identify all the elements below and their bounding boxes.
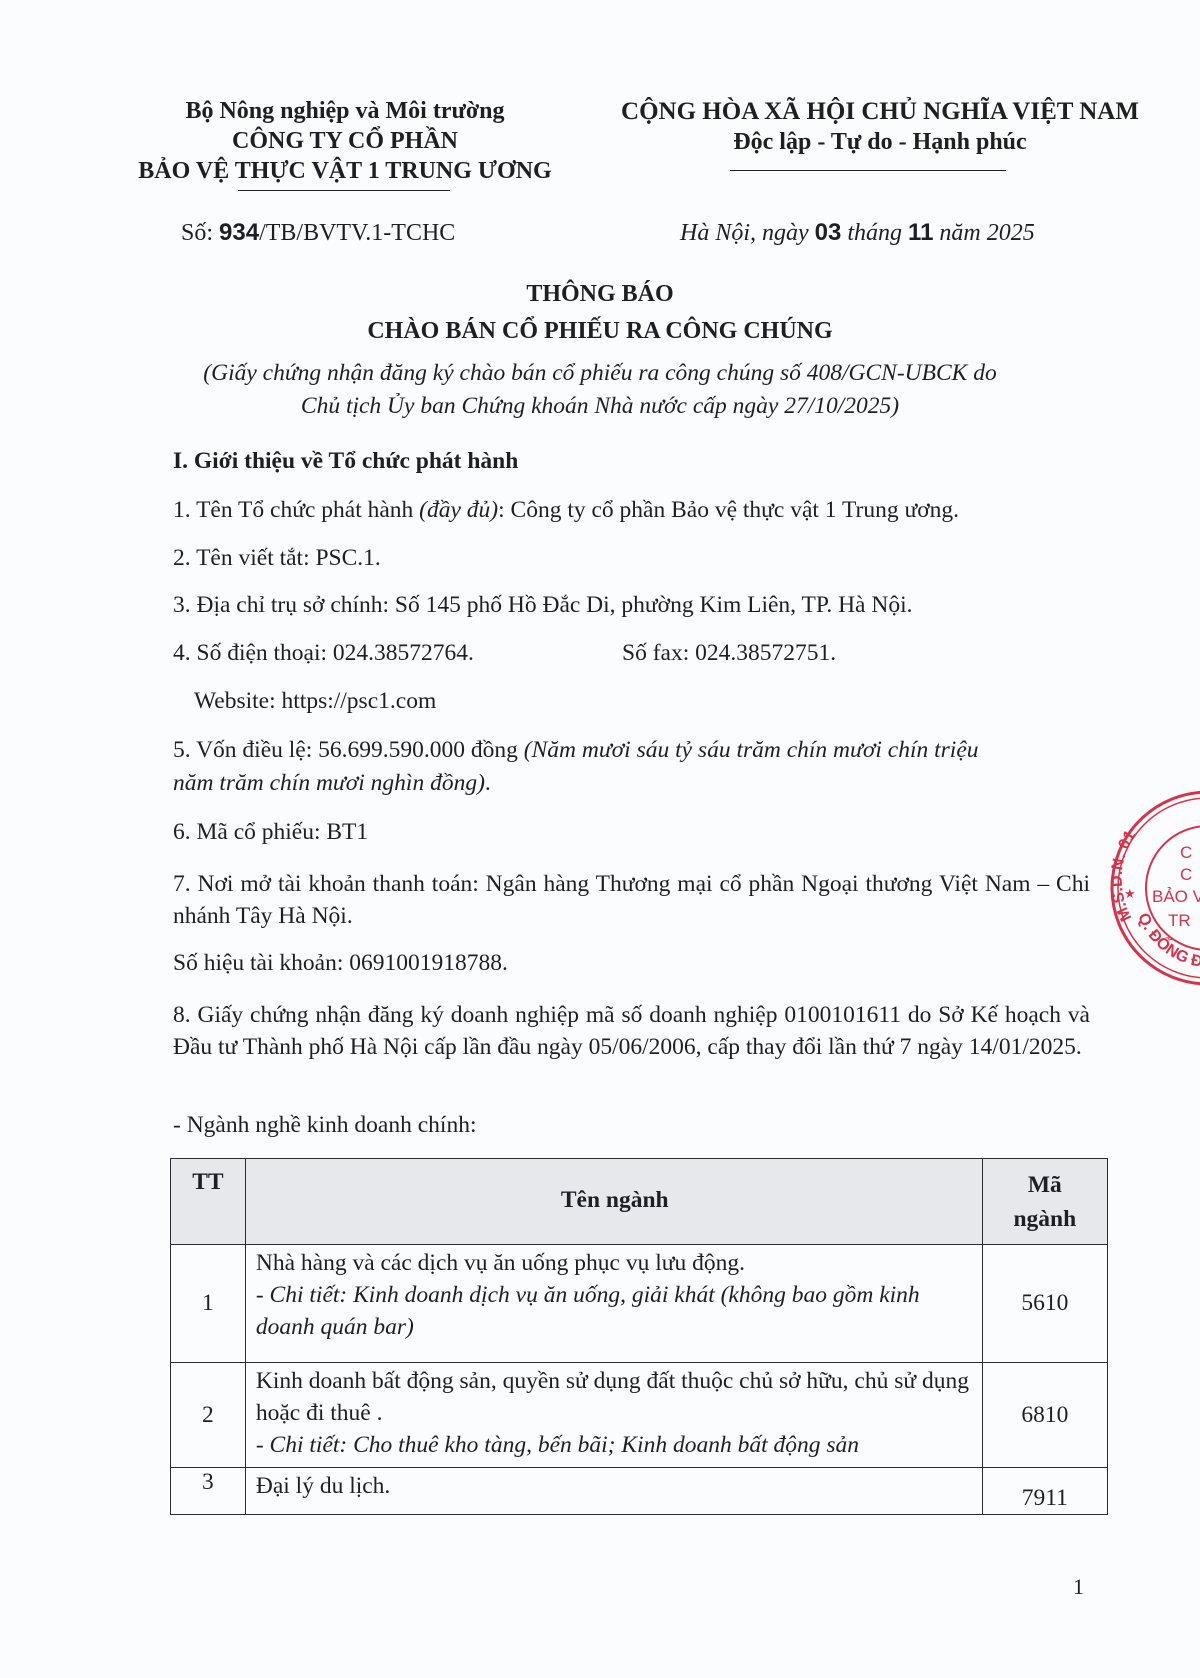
charter-capital-end: .	[485, 770, 491, 796]
issuer-name-value: : Công ty cổ phần Bảo vệ thực vật 1 Trun…	[498, 497, 959, 523]
date-place: Hà Nội, ngày	[680, 220, 815, 246]
section-heading: I. Giới thiệu về Tổ chức phát hành	[173, 448, 518, 475]
seal-inner-text: CCBẢO VTR	[1152, 843, 1200, 930]
doc-number-value: 934	[219, 219, 259, 246]
header-code-line2: ngành	[984, 1202, 1106, 1236]
national-motto: Độc lập - Tự do - Hạnh phúc	[590, 127, 1170, 157]
date-month: 11	[908, 219, 933, 246]
seal-star-icon: ★	[1124, 886, 1136, 901]
page-number: 1	[1073, 1574, 1084, 1600]
row-name-detail: - Chi tiết: Cho thuê kho tàng, bến bãi; …	[256, 1429, 974, 1461]
svg-text:C: C	[1180, 865, 1192, 884]
company-seal-icon: M.S.D.N: 01 Q. ĐỐNG Đ ★ CCBẢO VTR	[1108, 788, 1200, 988]
row-name: Đại lý du lịch.	[245, 1468, 982, 1515]
issuer-name-label: 1. Tên Tổ chức phát hành	[173, 497, 419, 523]
stock-code: 6. Mã cổ phiếu: BT1	[173, 819, 368, 846]
business-lines-table: TT Tên ngành Mã ngành 1 Nhà hàng và các …	[170, 1158, 1108, 1515]
bank-account-number: Số hiệu tài khoản: 0691001918788.	[173, 950, 508, 977]
date-month-label: tháng	[841, 220, 908, 246]
document-number: Số: 934/TB/BVTV.1-TCHC	[181, 219, 455, 247]
header-name: Tên ngành	[245, 1159, 982, 1245]
row-code: 7911	[982, 1468, 1107, 1515]
table-row: 1 Nhà hàng và các dịch vụ ăn uống phục v…	[171, 1245, 1108, 1363]
bank-account-location: 7. Nơi mở tài khoản thanh toán: Ngân hàn…	[173, 868, 1090, 932]
row-code: 5610	[982, 1245, 1107, 1363]
header-code: Mã ngành	[982, 1159, 1107, 1245]
date-year: năm 2025	[933, 220, 1034, 246]
doc-number-suffix: /TB/BVTV.1-TCHC	[259, 220, 455, 246]
issuer-full-name: 1. Tên Tổ chức phát hành (đầy đủ): Công …	[173, 497, 959, 524]
business-lines-intro: - Ngành nghề kinh doanh chính:	[173, 1112, 476, 1139]
issuer-fax: Số fax: 024.38572751.	[622, 640, 836, 667]
charter-capital-words-1: (Năm mươi sáu tỷ sáu trăm chín mươi chín…	[524, 737, 979, 763]
document-title: THÔNG BÁO	[0, 281, 1200, 308]
row-name: Nhà hàng và các dịch vụ ăn uống phục vụ …	[245, 1245, 982, 1363]
doc-number-prefix: Số:	[181, 220, 219, 246]
date-day: 03	[815, 219, 842, 246]
national-header: CỘNG HÒA XÃ HỘI CHỦ NGHĨA VIỆT NAM Độc l…	[590, 97, 1170, 157]
issuer-header: Bộ Nông nghiệp và Môi trường CÔNG TY CỔ …	[95, 96, 595, 186]
certificate-note-line2: Chủ tịch Ủy ban Chứng khoán Nhà nước cấp…	[0, 393, 1200, 420]
row-tt: 3	[171, 1468, 246, 1515]
row-name-main: Nhà hàng và các dịch vụ ăn uống phục vụ …	[256, 1247, 974, 1279]
company-name-line1: CÔNG TY CỔ PHẦN	[95, 126, 595, 156]
issue-date: Hà Nội, ngày 03 tháng 11 năm 2025	[680, 219, 1035, 247]
charter-capital-cont: năm trăm chín mươi nghìn đồng).	[173, 770, 491, 797]
svg-text:C: C	[1180, 843, 1192, 862]
ministry-name: Bộ Nông nghiệp và Môi trường	[95, 96, 595, 126]
business-registration: 8. Giấy chứng nhận đăng ký doanh nghiệp …	[173, 999, 1090, 1063]
row-name: Kinh doanh bất động sản, quyền sử dụng đ…	[245, 1363, 982, 1468]
row-name-main: Kinh doanh bất động sản, quyền sử dụng đ…	[256, 1365, 974, 1429]
document-subject: CHÀO BÁN CỔ PHIẾU RA CÔNG CHÚNG	[0, 318, 1200, 345]
table-row: 2 Kinh doanh bất động sản, quyền sử dụng…	[171, 1363, 1108, 1468]
row-name-detail: - Chi tiết: Kinh doanh dịch vụ ăn uống, …	[256, 1279, 974, 1343]
charter-capital-words-2: năm trăm chín mươi nghìn đồng)	[173, 770, 485, 796]
header-code-line1: Mã	[984, 1168, 1106, 1202]
row-tt: 2	[171, 1363, 246, 1468]
table-header-row: TT Tên ngành Mã ngành	[171, 1159, 1108, 1245]
company-name-line2: BẢO VỆ THỰC VẬT 1 TRUNG ƯƠNG	[95, 156, 595, 186]
svg-text:TR: TR	[1168, 911, 1191, 930]
issuer-phone: 4. Số điện thoại: 024.38572764.	[173, 640, 474, 667]
row-tt: 1	[171, 1245, 246, 1363]
issuer-address: 3. Địa chỉ trụ sở chính: Số 145 phố Hồ Đ…	[173, 592, 912, 619]
issuer-short-name: 2. Tên viết tắt: PSC.1.	[173, 545, 381, 572]
issuer-name-note: (đầy đủ)	[419, 497, 498, 523]
row-code: 6810	[982, 1363, 1107, 1468]
certificate-note-line1: (Giấy chứng nhận đăng ký chào bán cổ phi…	[0, 360, 1200, 387]
issuer-website: Website: https://psc1.com	[194, 688, 436, 715]
issuer-underline	[238, 190, 450, 191]
charter-capital-amount: 5. Vốn điều lệ: 56.699.590.000 đồng	[173, 737, 524, 763]
header-tt: TT	[171, 1159, 246, 1245]
motto-underline	[730, 170, 1006, 171]
charter-capital: 5. Vốn điều lệ: 56.699.590.000 đồng (Năm…	[173, 737, 979, 764]
row-name-main: Đại lý du lịch.	[256, 1470, 974, 1502]
nation-title: CỘNG HÒA XÃ HỘI CHỦ NGHĨA VIỆT NAM	[590, 97, 1170, 127]
table-row: 3 Đại lý du lịch. 7911	[171, 1468, 1108, 1515]
svg-text:BẢO V: BẢO V	[1152, 887, 1200, 906]
